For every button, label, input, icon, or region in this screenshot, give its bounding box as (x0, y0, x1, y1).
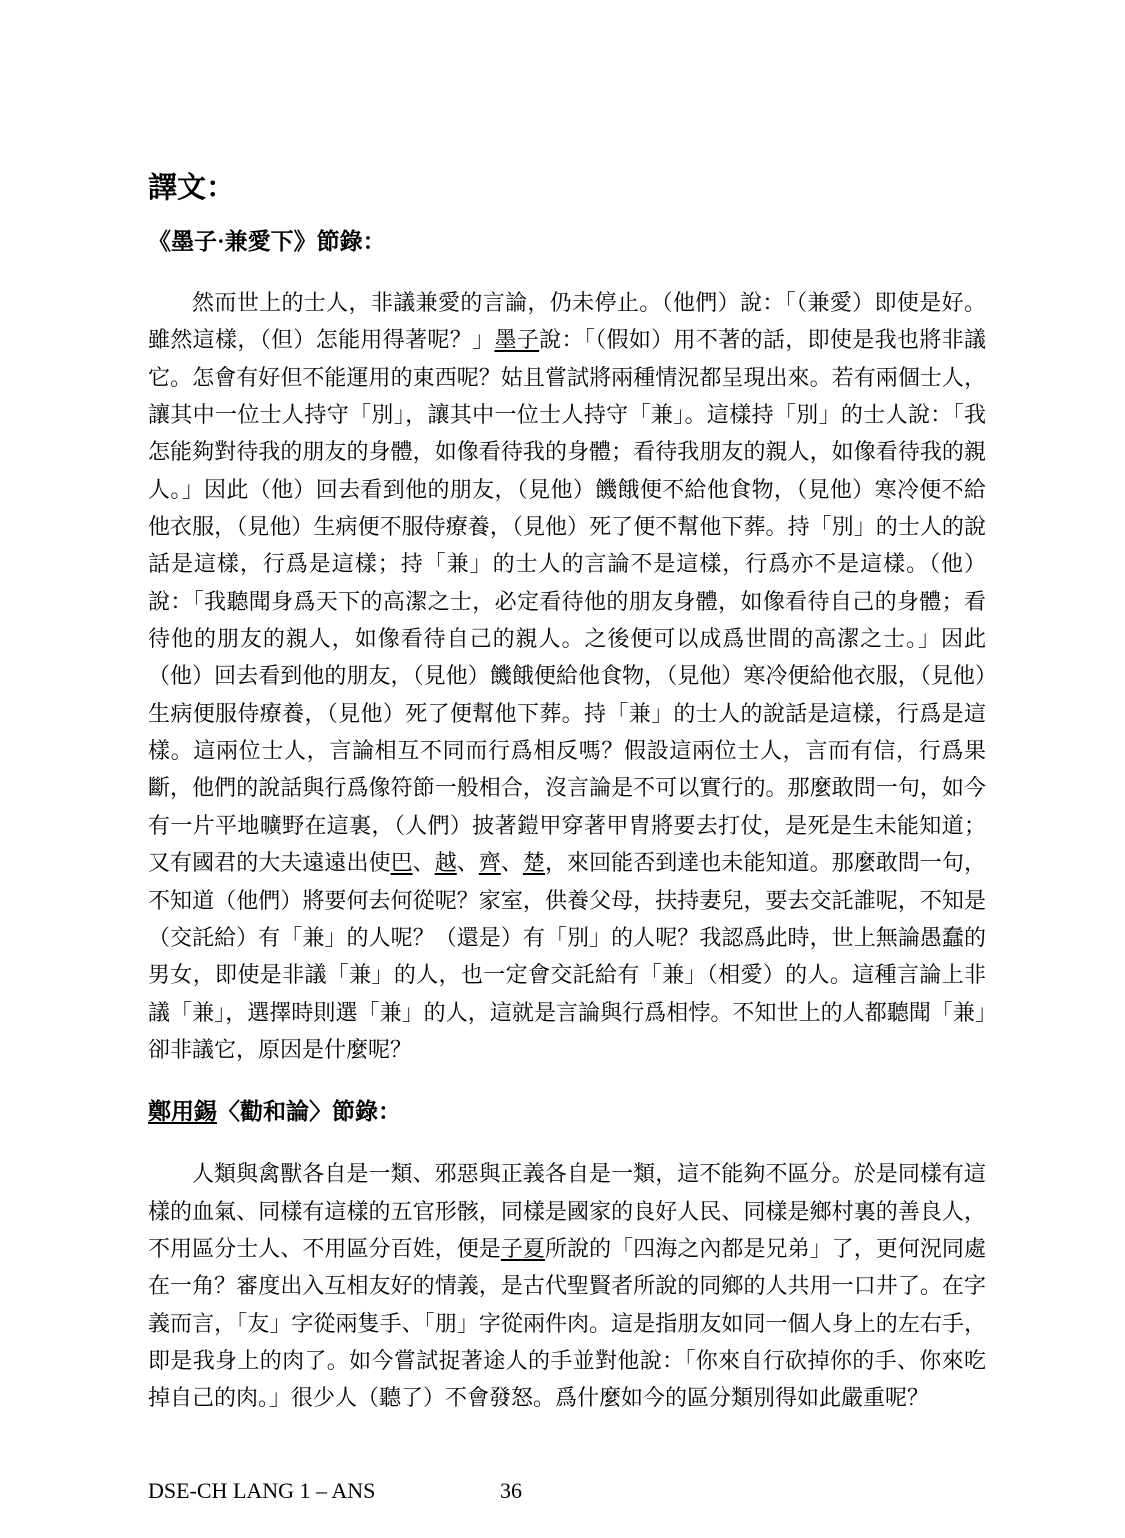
text-segment: 《墨子·兼愛下》節錄： (148, 229, 386, 254)
page-title: 譯文： (148, 168, 986, 208)
text-segment: 所說的「四海之內都是兄弟」了，更何況同處在一角？審度出入互相友好的情義，是古代聖… (148, 1236, 986, 1410)
proper-noun-underline: 墨子 (494, 327, 539, 352)
section-heading-mozi: 《墨子·兼愛下》節錄： (148, 227, 986, 257)
footer-page-number: 36 (500, 1477, 522, 1505)
paragraph-quanhelun: 人類與禽獸各自是一類、邪惡與正義各自是一類，這不能夠不區分。於是同樣有這樣的血氣… (148, 1155, 986, 1416)
proper-noun-underline: 巴 (391, 850, 413, 875)
section-heading-quanhelun: 鄭用錫〈勸和論〉節錄： (148, 1097, 986, 1127)
text-segment: ，來回能否到達也未能知道。那麼敢問一句，不知道（他們）將要何去何從呢？家室，供養… (148, 850, 986, 1062)
document-page: 譯文： 《墨子·兼愛下》節錄： 然而世上的士人，非議兼愛的言論，仍未停止。（他們… (148, 0, 986, 1505)
proper-noun-underline: 齊 (479, 850, 501, 875)
proper-noun-underline: 越 (435, 850, 457, 875)
paragraph-mozi: 然而世上的士人，非議兼愛的言論，仍未停止。（他們）說：「（兼愛）即使是好。雖然這… (148, 284, 986, 1068)
text-segment: 、 (413, 850, 435, 875)
page-footer: DSE-CH LANG 1 – ANS 36 (148, 1477, 986, 1505)
proper-noun-underline: 子夏 (501, 1236, 545, 1261)
text-segment: 、 (457, 850, 479, 875)
proper-noun-underline: 鄭用錫 (148, 1099, 217, 1124)
text-segment: 說：「（假如）用不著的話，即使是我也將非議它。怎會有好但不能運用的東西呢？姑且嘗… (148, 327, 986, 875)
text-segment: 、 (501, 850, 523, 875)
text-segment: 〈勸和論〉節錄： (217, 1099, 401, 1124)
footer-doc-code: DSE-CH LANG 1 – ANS (148, 1478, 375, 1503)
proper-noun-underline: 楚 (523, 850, 545, 875)
